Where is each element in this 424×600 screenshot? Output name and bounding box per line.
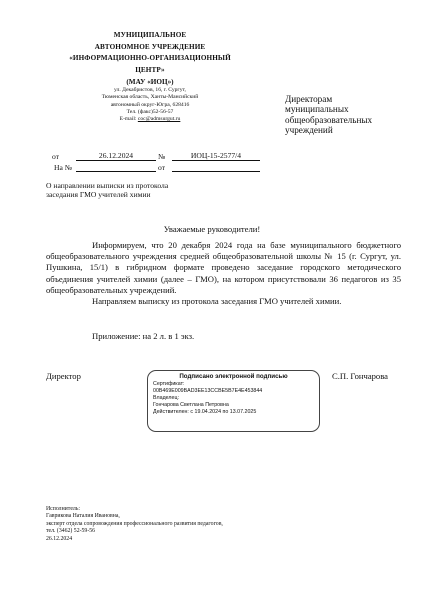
subject-line: О направлении выписки из протокола [46,181,168,190]
executor-name: Гаврикова Наталия Ивановна, [46,513,223,520]
signer-name: С.П. Гончарова [332,371,388,381]
greeting: Уважаемые руководители! [0,224,424,234]
reply-date [172,162,260,172]
executor-phone: тел. (3462) 52-59-56 [46,528,223,535]
addressee-line: учреждений [285,125,415,135]
electronic-signature-stamp: Подписано электронной подписью Сертифика… [147,370,320,432]
org-name-line: ЦЕНТР» [40,65,260,77]
owner-label: Владелец: [153,395,314,402]
body-paragraph: Информируем, что 20 декабря 2024 года на… [46,240,401,296]
document-date: 26.12.2024 [76,151,156,161]
number-label: № [158,152,165,161]
letter-body: Информируем, что 20 декабря 2024 года на… [46,240,401,307]
letterhead: МУНИЦИПАЛЬНОЕ АВТОНОМНОЕ УЧРЕЖДЕНИЕ «ИНФ… [40,30,260,123]
executor-date: 26.12.2024 [46,536,223,543]
attachment-note: Приложение: на 2 л. в 1 экз. [92,331,194,341]
reply-number [76,162,156,172]
stamp-title: Подписано электронной подписью [153,373,314,381]
addressee-line: общеобразовательных [285,115,415,125]
subject: О направлении выписки из протокола засед… [46,181,168,200]
addressee-line: Директорам [285,94,415,104]
reply-number-label: На № [54,163,72,172]
cert-label: Сертификат: [153,381,314,388]
validity-period: Действителен: с 19.04.2024 по 13.07.2025 [153,409,314,416]
address-line: автономный округ-Югра, 628416 [40,102,260,109]
executor-block: Исполнитель: Гаврикова Наталия Ивановна,… [46,506,223,543]
addressee: Директорам муниципальных общеобразовател… [285,94,415,136]
body-paragraph: Направляем выписку из протокола заседани… [46,296,401,307]
phone-line: Тел. (факс)52-56-57 [40,109,260,116]
org-name-line: «ИНФОРМАЦИОННО-ОРГАНИЗАЦИОННЫЙ [40,53,260,65]
org-name-line: МУНИЦИПАЛЬНОЕ [40,30,260,42]
addressee-line: муниципальных [285,104,415,114]
subject-line: заседания ГМО учителей химии [46,190,168,199]
signer-position: Директор [46,371,81,381]
executor-label: Исполнитель: [46,506,223,513]
org-abbreviation: (МАУ «ИОЦ») [40,77,260,87]
email-label: E-mail: [120,116,138,122]
org-name-line: АВТОНОМНОЕ УЧРЕЖДЕНИЕ [40,42,260,54]
email-link[interactable]: coc@admsurgut.ru [138,116,181,122]
address-line: Тюменская область, Ханты-Мансийский [40,94,260,101]
email-line: E-mail: coc@admsurgut.ru [40,116,260,123]
reply-from-label: от [158,163,165,172]
cert-number: 00B469E009BAD3EE13CCBE5B7E4E453844 [153,388,314,395]
document-number: ИОЦ-15-2577/4 [172,151,260,161]
from-label: от [52,152,59,161]
owner-name: Гончарова Светлана Петровна [153,402,314,409]
